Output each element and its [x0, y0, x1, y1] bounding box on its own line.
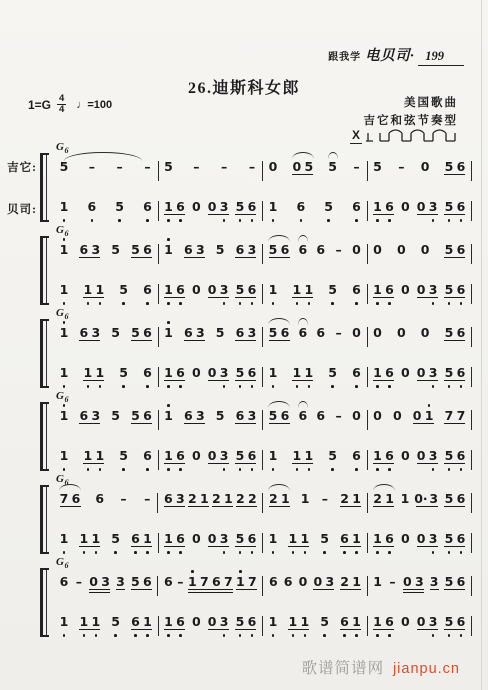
- below-slot: [218, 384, 230, 389]
- beam-underline: [79, 340, 100, 344]
- below-slot: [291, 178, 303, 183]
- note: 1: [163, 360, 175, 380]
- rest-note: 0: [399, 194, 411, 214]
- note-digit: 5: [119, 282, 128, 297]
- note: 1: [372, 569, 384, 589]
- octave-dot-below: [355, 219, 358, 222]
- note-digit: 0: [393, 408, 402, 423]
- system-bracket: [40, 570, 47, 635]
- below-slot: [299, 550, 311, 555]
- beam-underline: [87, 174, 96, 178]
- note: 1: [287, 609, 299, 629]
- octave-dots-row: [182, 427, 206, 432]
- note-group: 56: [129, 569, 153, 598]
- note-group: 56: [234, 609, 258, 638]
- below-slot: [384, 550, 396, 555]
- octave-dots-row: [58, 427, 70, 432]
- note: 6: [94, 486, 106, 506]
- note-digits-row: 56: [129, 569, 153, 589]
- note-digits-row: –: [246, 154, 258, 174]
- octave-dots-row: [58, 550, 70, 555]
- rest-note: 0: [399, 526, 411, 546]
- beam-underline: [143, 214, 152, 218]
- note-digits-row: 03: [415, 360, 439, 380]
- octave-dots-row: [372, 427, 384, 432]
- measure: 6–03356: [54, 569, 157, 598]
- dash-note: –: [73, 569, 85, 589]
- measure: 163556: [54, 237, 158, 266]
- measure: 163563: [159, 237, 263, 266]
- octave-dots-row: [372, 261, 384, 266]
- beam-underline: [235, 340, 256, 344]
- note: 1: [163, 609, 175, 629]
- beam-underline: [352, 423, 361, 427]
- beam-underline: [421, 174, 430, 178]
- note: 6: [141, 277, 153, 297]
- below-slot: [210, 593, 222, 598]
- note-group: 03: [206, 526, 230, 555]
- below-slot: [110, 427, 122, 432]
- rest-note: 0: [411, 403, 423, 423]
- note-group: 63: [234, 403, 258, 432]
- octave-dot-above: [63, 321, 66, 324]
- note-digit: 0: [401, 614, 410, 629]
- note: 6: [246, 277, 258, 297]
- note: 5: [58, 154, 70, 174]
- octave-dot-below: [323, 634, 326, 637]
- guitar-staff-row: 6–033566–17671766003211–03356: [54, 569, 472, 598]
- note-group: 03: [415, 443, 439, 472]
- note-digits-row: 1: [58, 526, 70, 546]
- beam-underline: [401, 380, 410, 384]
- note-digit: 1: [79, 531, 88, 546]
- note-digits-row: 5: [110, 403, 122, 423]
- note-group: 0·3: [414, 486, 439, 515]
- below-slot: [246, 633, 258, 638]
- octave-dots-row: [234, 344, 258, 349]
- measure: 111561: [54, 609, 158, 638]
- note: 1: [58, 277, 70, 297]
- octave-dots-row: [141, 178, 153, 183]
- below-slot: [141, 384, 153, 389]
- note-digits-row: 6: [141, 277, 153, 297]
- octave-dots-row: [428, 593, 440, 598]
- note-digits-row: –: [73, 569, 85, 589]
- below-slot: [395, 178, 407, 183]
- octave-dots-row: [401, 593, 425, 598]
- note: 6: [175, 277, 187, 297]
- note-group: 03: [206, 443, 230, 472]
- beam-underline: [176, 589, 185, 593]
- note-digit: 0: [373, 325, 382, 340]
- note-digit: 0: [299, 574, 308, 589]
- note-digits-row: 6: [315, 403, 327, 423]
- note-digits-row: 0: [419, 237, 431, 257]
- note: 1: [58, 526, 70, 546]
- octave-dots-row: [291, 301, 315, 306]
- octave-dots-row: [291, 178, 315, 183]
- note-digit: 6: [316, 325, 325, 340]
- note-group: 56: [443, 277, 467, 306]
- octave-dots-row: [186, 593, 234, 598]
- octave-dots-row: [372, 467, 396, 472]
- below-slot: [194, 427, 206, 432]
- octave-dot-below: [308, 385, 311, 388]
- note-digit: 1: [373, 282, 382, 297]
- below-slot: [58, 218, 70, 223]
- note-digits-row: 6: [315, 237, 327, 257]
- below-slot: [129, 550, 141, 555]
- note-digit: 1: [352, 531, 361, 546]
- note-group: 56: [234, 194, 258, 223]
- note-group: 16: [372, 277, 396, 306]
- beam-underline: [208, 380, 229, 384]
- note-digit: 1: [269, 365, 278, 380]
- note-digits-row: 0: [351, 320, 363, 340]
- note: 1: [94, 443, 106, 463]
- octave-dot-below: [122, 468, 125, 471]
- beam-underline: [192, 380, 201, 384]
- note: 6: [338, 609, 350, 629]
- note-digits-row: 5: [327, 154, 339, 174]
- note: 3: [218, 277, 230, 297]
- note: 1: [291, 360, 303, 380]
- octave-dot-below: [251, 551, 254, 554]
- octave-dot-below: [167, 385, 170, 388]
- note: 1: [78, 609, 90, 629]
- beam-underline: [421, 340, 430, 344]
- beam-underline: [192, 546, 201, 550]
- note-digits-row: 5: [372, 154, 384, 174]
- octave-dots-row: [415, 218, 439, 223]
- rest-note: 0: [415, 443, 427, 463]
- note-digit: 6: [352, 282, 361, 297]
- note-digit: 7: [200, 574, 209, 589]
- note-group: 0: [419, 154, 431, 183]
- note-digits-row: –: [395, 154, 407, 174]
- dash-note: –: [141, 154, 153, 174]
- beam-underline: [316, 257, 325, 261]
- below-slot: [372, 344, 384, 349]
- note-digit: 0: [208, 614, 217, 629]
- octave-dots-row: [234, 301, 258, 306]
- note-digit: 6: [457, 242, 466, 257]
- barline: [471, 616, 472, 636]
- note-digit: 6: [269, 574, 278, 589]
- beam-underline: [60, 257, 69, 261]
- note-digit: 0: [192, 199, 201, 214]
- note-group: 5: [323, 194, 335, 223]
- note: 6: [315, 320, 327, 340]
- beam-underline: [74, 589, 83, 593]
- note-group: 03: [415, 526, 439, 555]
- note-digits-row: 1: [299, 486, 311, 506]
- note-digit: 0: [292, 159, 301, 174]
- note-digits-row: 1: [372, 569, 384, 589]
- note: 1: [299, 526, 311, 546]
- below-slot: [163, 344, 175, 349]
- beam-underline: [288, 629, 309, 633]
- score: G6吉它:5–––5–––0055–5–056贝司:16561600356165…: [40, 146, 472, 644]
- below-slot: [163, 633, 175, 638]
- note-digits-row: 5: [319, 526, 331, 546]
- below-slot: [246, 218, 258, 223]
- below-slot: [190, 550, 202, 555]
- note-digits-row: 1: [163, 403, 175, 423]
- below-slot: [372, 467, 384, 472]
- note: 6: [246, 443, 258, 463]
- below-slot: [58, 467, 70, 472]
- below-slot: [129, 427, 141, 432]
- octave-dots-row: [234, 550, 258, 555]
- octave-dots-row: [372, 510, 396, 515]
- octave-dot-above: [428, 404, 431, 407]
- note-digit: 6: [299, 242, 308, 257]
- below-slot: [427, 384, 439, 389]
- note: 6: [279, 320, 291, 340]
- note-digit: 6: [248, 282, 257, 297]
- beam-underline: [111, 257, 120, 261]
- note-digits-row: 03: [206, 526, 230, 546]
- below-slot: [141, 261, 153, 266]
- octave-dot-below: [376, 385, 379, 388]
- note-digit: 1: [352, 614, 361, 629]
- note-group: 56: [443, 194, 467, 223]
- octave-dots-row: [295, 218, 307, 223]
- beam-underline: [208, 463, 229, 467]
- octave-dot-below: [432, 219, 435, 222]
- note: 6: [455, 237, 467, 257]
- note-digit: –: [144, 159, 150, 174]
- octave-dots-row: [129, 344, 153, 349]
- barline: [471, 576, 472, 596]
- note-group: 56: [443, 486, 467, 515]
- below-slot: [78, 633, 90, 638]
- octave-dots-row: [333, 344, 345, 349]
- note-group: 56: [443, 237, 467, 266]
- note-group: 21: [372, 486, 396, 515]
- octave-dots-row: [163, 633, 187, 638]
- note-digit: 1: [164, 448, 173, 463]
- octave-dot-below: [179, 468, 182, 471]
- below-slot: [174, 510, 186, 515]
- note-group: –: [190, 154, 202, 183]
- below-slot: [218, 178, 230, 183]
- note: 1: [78, 526, 90, 546]
- beam-underline: [292, 380, 313, 384]
- below-slot: [297, 344, 309, 349]
- below-slot: [415, 633, 427, 638]
- note-digit: 6: [248, 448, 257, 463]
- octave-dots-row: [395, 344, 407, 349]
- below-slot: [163, 550, 175, 555]
- octave-dots-row: [110, 344, 122, 349]
- beam-underline: [164, 629, 185, 633]
- note-group: 21: [186, 486, 210, 515]
- note-digits-row: 11: [287, 526, 311, 546]
- note-digit: 2: [188, 491, 197, 506]
- note: 5: [129, 320, 141, 340]
- octave-dot-below: [272, 219, 275, 222]
- note-group: 6: [58, 569, 70, 598]
- note-digit: 2: [269, 491, 278, 506]
- octave-dot-below: [304, 634, 307, 637]
- beam-underline: [192, 629, 201, 633]
- rest-note: 0: [419, 320, 431, 340]
- below-slot: [455, 633, 467, 638]
- note-digits-row: –: [333, 237, 345, 257]
- octave-dot-below: [460, 385, 463, 388]
- measure: 00056: [368, 237, 472, 266]
- octave-dot-below: [114, 634, 117, 637]
- beam-underline: [60, 506, 81, 510]
- beam-underline: [235, 297, 256, 301]
- note-digit: 6: [87, 199, 96, 214]
- note-digits-row: 56: [443, 443, 467, 463]
- note-digit: 6: [143, 448, 152, 463]
- note-digit: 3: [248, 242, 257, 257]
- below-slot: [351, 593, 363, 598]
- below-slot: [443, 344, 455, 349]
- note: 5: [118, 360, 130, 380]
- note-digits-row: 6: [297, 403, 309, 423]
- note-digit: 1: [60, 614, 69, 629]
- octave-dots-row: [312, 593, 336, 598]
- note-digit: 5: [445, 491, 454, 506]
- octave-dots-row: [190, 633, 202, 638]
- octave-dots-row: [118, 384, 130, 389]
- note-digit: 0: [192, 531, 201, 546]
- note-digit: 3: [429, 614, 438, 629]
- note-group: 6: [315, 237, 327, 266]
- note-group: 6: [141, 194, 153, 223]
- octave-dots-row: [267, 261, 291, 266]
- octave-dots-row: [214, 261, 226, 266]
- below-slot: [327, 467, 339, 472]
- beam-underline: [60, 174, 69, 178]
- note-digits-row: 6: [297, 237, 309, 257]
- note-group: 6: [350, 277, 362, 306]
- octave-dots-row: [415, 633, 439, 638]
- octave-dot-below: [355, 551, 358, 554]
- note: 1: [372, 277, 384, 297]
- octave-dots-row: [411, 427, 435, 432]
- below-slot: [372, 178, 384, 183]
- note-digit: 6: [176, 531, 185, 546]
- watermark-domain: jianpu.cn: [393, 661, 460, 677]
- note-group: –: [395, 154, 407, 183]
- below-slot: [291, 301, 303, 306]
- note-digit: 5: [328, 448, 337, 463]
- note-digits-row: 0: [399, 609, 411, 629]
- note-digits-row: 0: [372, 403, 384, 423]
- beam-underline: [216, 423, 225, 427]
- below-slot: [399, 384, 411, 389]
- note-digit: 6: [131, 614, 140, 629]
- note-digits-row: 1: [267, 194, 279, 214]
- rest-note: 0: [399, 360, 411, 380]
- rest-note: 0: [190, 609, 202, 629]
- octave-dots-row: [443, 467, 467, 472]
- measure: 0055–: [263, 154, 367, 183]
- below-slot: [163, 218, 175, 223]
- note: 5: [443, 443, 455, 463]
- note: 6: [384, 443, 396, 463]
- barline: [471, 450, 472, 470]
- note-digit: 3: [220, 365, 229, 380]
- note-digits-row: 5: [110, 609, 122, 629]
- note: 3: [218, 609, 230, 629]
- note-group: 0: [190, 360, 202, 389]
- octave-dots-row: [129, 593, 153, 598]
- octave-dots-row: [386, 593, 398, 598]
- beam-underline: [352, 297, 361, 301]
- note-group: 0: [419, 237, 431, 266]
- note-digit: 5: [236, 365, 245, 380]
- note-group: 16: [372, 609, 396, 638]
- note-digits-row: 56: [129, 237, 153, 257]
- octave-dots-row: [214, 344, 226, 349]
- beam-underline: [235, 257, 256, 261]
- note-digits-row: 5: [58, 154, 70, 174]
- octave-dots-row: [58, 178, 70, 183]
- note-group: 5: [114, 194, 126, 223]
- note: 6: [141, 360, 153, 380]
- below-slot: [443, 593, 455, 598]
- octave-dots-row: [163, 301, 187, 306]
- note-digits-row: 5: [323, 194, 335, 214]
- below-slot: [267, 593, 279, 598]
- octave-dots-row: [141, 301, 153, 306]
- below-slot: [73, 593, 85, 598]
- note-digits-row: 01: [411, 403, 435, 423]
- key-time-tempo: 1=G 4 4 ♩=100: [28, 94, 112, 116]
- note-group: 56: [443, 526, 467, 555]
- octave-dot-below: [87, 468, 90, 471]
- note-digit: 6: [143, 408, 152, 423]
- note-digits-row: 11: [78, 526, 102, 546]
- note-digit: 3: [220, 531, 229, 546]
- beam-underline: [269, 629, 278, 633]
- measure: 163563: [159, 403, 263, 432]
- note-digit: 5: [236, 448, 245, 463]
- below-slot: [174, 593, 186, 598]
- note: 3: [428, 569, 440, 589]
- octave-dots-row: [110, 550, 122, 555]
- note-digits-row: 0: [419, 154, 431, 174]
- note-group: 03: [206, 609, 230, 638]
- note: 6: [246, 194, 258, 214]
- octave-dot-below: [179, 219, 182, 222]
- octave-dot-below: [376, 219, 379, 222]
- below-slot: [218, 467, 230, 472]
- note: 3: [427, 277, 439, 297]
- beam-underline: [328, 463, 337, 467]
- below-slot: [384, 384, 396, 389]
- octave-dots-row: [443, 593, 467, 598]
- note-group: 0: [190, 277, 202, 306]
- beam-underline: [298, 589, 307, 593]
- note-digit: 6: [131, 531, 140, 546]
- note-digit: 6: [457, 325, 466, 340]
- below-slot: [455, 467, 467, 472]
- beam-underline: [269, 214, 278, 218]
- below-slot: [163, 427, 175, 432]
- below-slot: [327, 384, 339, 389]
- note: 1: [222, 486, 234, 506]
- note-digits-row: 56: [267, 403, 291, 423]
- below-slot: [110, 550, 122, 555]
